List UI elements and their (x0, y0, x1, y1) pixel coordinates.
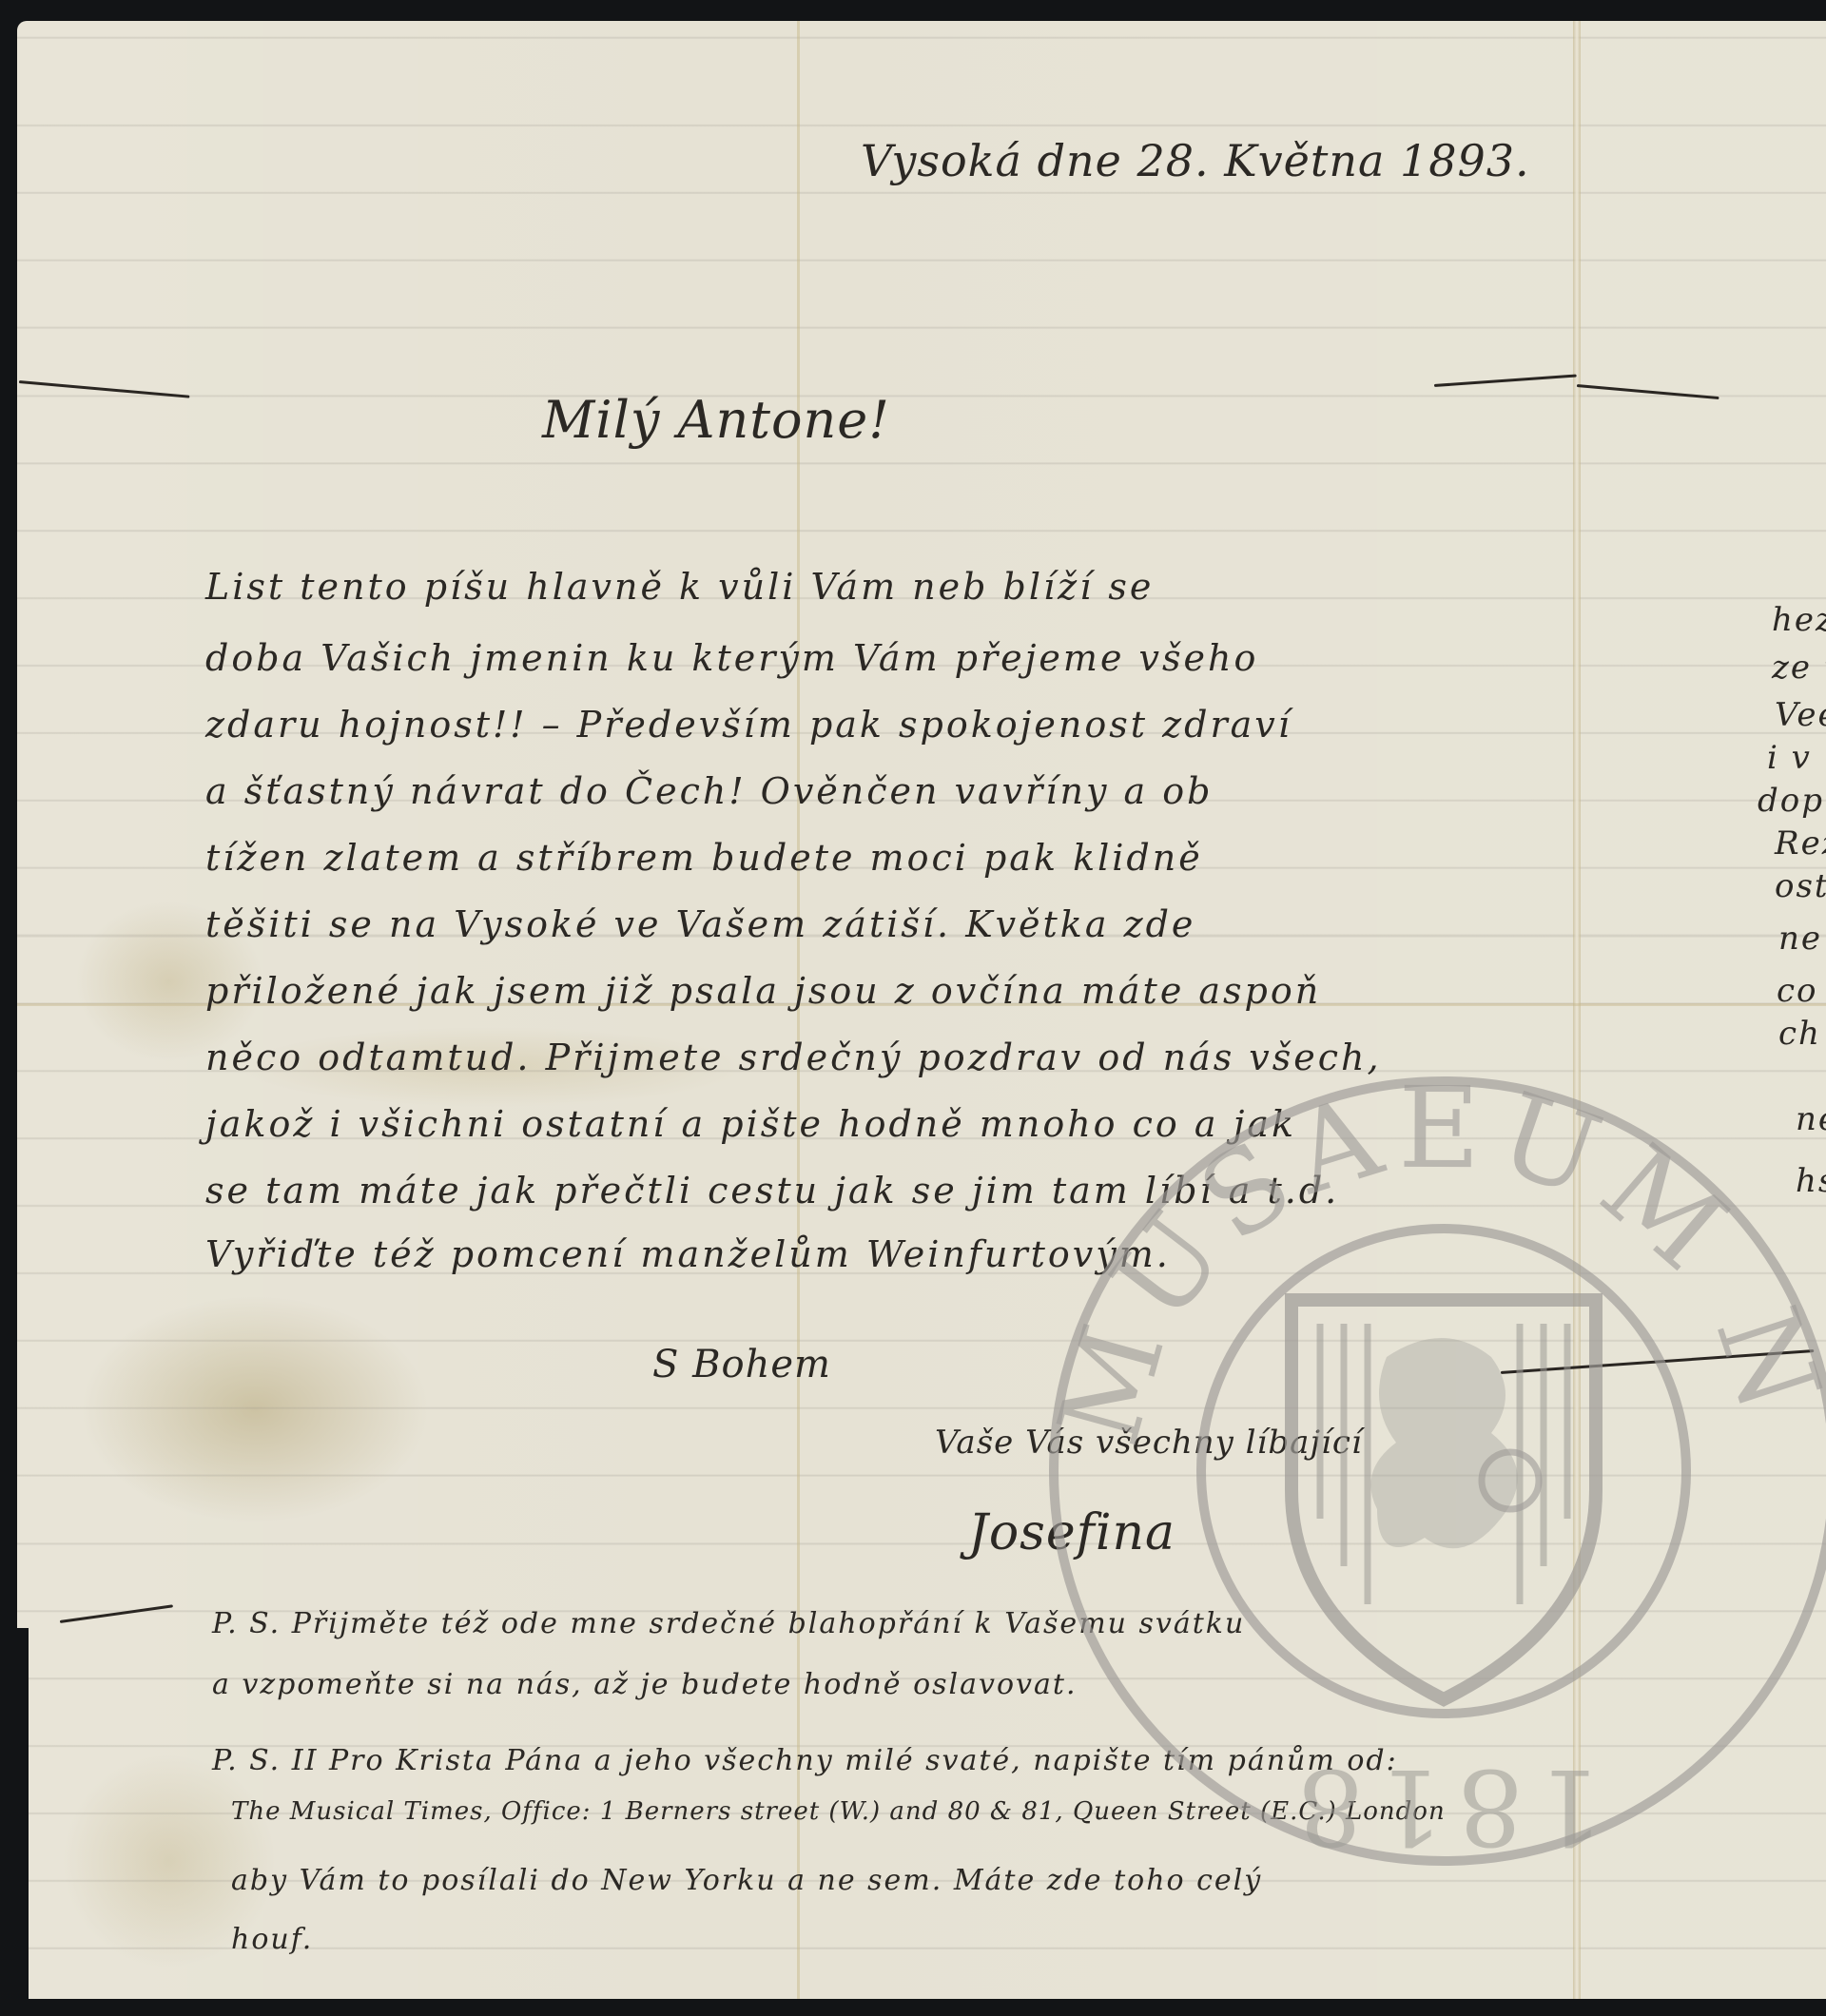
postscript-line: The Musical Times, Office: 1 Berners str… (231, 1797, 1446, 1826)
farewell: S Bohem (652, 1343, 831, 1386)
letter-date: Vysoká dne 28. Května 1893. (861, 135, 1530, 186)
postscript-line: P. S. II Pro Krista Pána a jeho všechny … (212, 1744, 1398, 1777)
next-page-fragment: co (1777, 972, 1818, 1010)
postscript-line: P. S. Přijměte též ode mne srdečné blaho… (212, 1607, 1245, 1640)
body-line: Vyřiďte též pomcení manželům Weinfurtový… (205, 1233, 1171, 1275)
next-page-fragment: Vee (1775, 696, 1826, 734)
page-divider-fold (1573, 21, 1581, 1999)
letter-sheet: Vysoká dne 28. Května 1893. Milý Antone!… (17, 21, 1826, 1999)
body-line: jakož i všichni ostatní a pište hodně mn… (205, 1103, 1296, 1145)
next-page-fragment: dop (1758, 782, 1824, 820)
next-page-fragment: hs (1796, 1162, 1826, 1200)
body-line: se tam máte jak přečtli cestu jak se jim… (205, 1170, 1339, 1212)
postscript-line: houf. (231, 1923, 313, 1956)
body-line: a šťastný návrat do Čech! Ověnčen vavřín… (205, 770, 1213, 812)
body-line: doba Vašich jmenin ku kterým Vám přejeme… (205, 637, 1258, 679)
body-line: tížen zlatem a stříbrem budete moci pak … (205, 837, 1203, 879)
next-page-fragment: ch (1778, 1015, 1821, 1053)
body-line: List tento píšu hlavně k vůli Vám neb bl… (205, 566, 1154, 608)
body-line: těšiti se na Vysoké ve Vašem zátiší. Kvě… (205, 903, 1195, 945)
next-page-fragment: ne (1796, 1100, 1826, 1138)
next-page-fragment: Rez (1775, 824, 1826, 863)
next-page-fragment: ze t (1772, 649, 1826, 687)
postscript-line: aby Vám to posílali do New Yorku a ne se… (231, 1864, 1262, 1897)
next-page-fragment: ne (1778, 920, 1822, 958)
body-line: něco odtamtud. Přijmete srdečný pozdrav … (205, 1037, 1382, 1078)
next-page-fragment: hezi (1772, 601, 1826, 639)
body-line: zdaru hojnost!! – Především pak spokojen… (205, 704, 1292, 746)
postscript-line: a vzpomeňte si na nás, až je budete hodn… (212, 1668, 1077, 1701)
torn-edge-lower-left (17, 1628, 29, 1999)
next-page-fragment: ost (1775, 867, 1826, 905)
body-line: přiložené jak jsem již psala jsou z ovčí… (205, 970, 1321, 1012)
signature: Josefina (968, 1504, 1175, 1561)
salutation: Milý Antone! (542, 390, 890, 450)
complimentary-close: Vaše Vás všechny líbající (935, 1424, 1363, 1462)
next-page-fragment: i v (1767, 739, 1812, 777)
